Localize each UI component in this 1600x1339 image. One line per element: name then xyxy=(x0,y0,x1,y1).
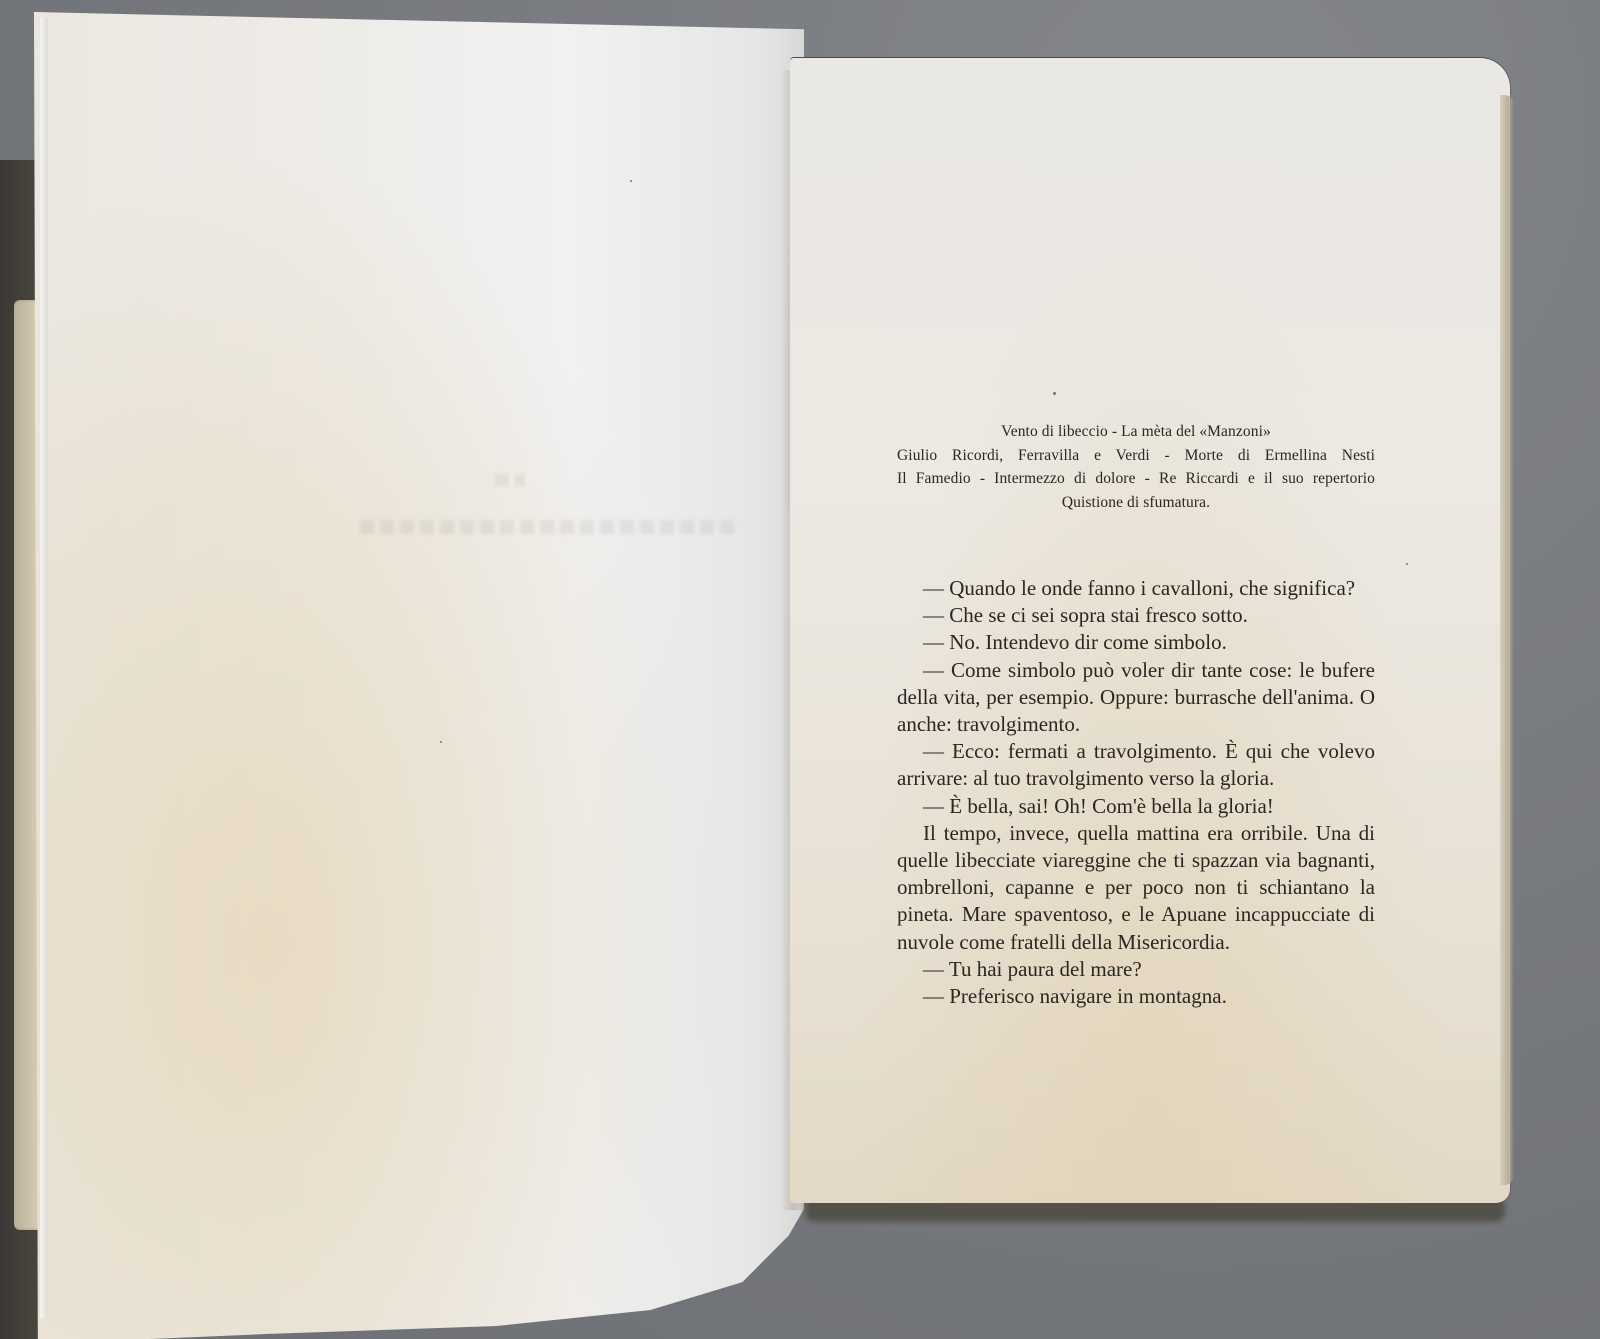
summary-line: Giulio Ricordi, Ferravilla e Verdi - Mor… xyxy=(897,444,1375,468)
paper-speck xyxy=(1053,392,1056,395)
paper-speck xyxy=(440,741,442,743)
narrative-paragraph: Il tempo, invece, quella mattina era orr… xyxy=(897,820,1375,956)
show-through-text xyxy=(360,520,740,534)
summary-line: Vento di libeccio - La mèta del «Manzoni… xyxy=(897,420,1375,444)
left-page xyxy=(34,12,804,1339)
left-page-deckle-edge xyxy=(40,18,48,1318)
dialogue-line: — Preferisco navigare in montagna. xyxy=(897,983,1375,1010)
summary-line: Quistione di sfumatura. xyxy=(897,491,1375,515)
right-page-deckle-edge xyxy=(1500,95,1514,1185)
chapter-summary: Vento di libeccio - La mèta del «Manzoni… xyxy=(897,420,1375,514)
body-text: — Quando le onde fanno i cavalloni, che … xyxy=(897,575,1375,1010)
paper-speck xyxy=(1406,563,1408,565)
dialogue-line: — Quando le onde fanno i cavalloni, che … xyxy=(897,575,1375,602)
dialogue-line: — Tu hai paura del mare? xyxy=(897,956,1375,983)
paper-speck xyxy=(630,180,632,182)
dialogue-line: — No. Intendevo dir come simbolo. xyxy=(897,629,1375,656)
dialogue-line: — È bella, sai! Oh! Com'è bella la glori… xyxy=(897,793,1375,820)
dialogue-line: — Come simbolo può voler dir tante cose:… xyxy=(897,657,1375,739)
dialogue-line: — Che se ci sei sopra stai fresco sotto. xyxy=(897,602,1375,629)
dialogue-line: — Ecco: fermati a travolgimento. È qui c… xyxy=(897,738,1375,792)
show-through-text xyxy=(495,474,525,486)
summary-line: Il Famedio - Intermezzo di dolore - Re R… xyxy=(897,467,1375,491)
